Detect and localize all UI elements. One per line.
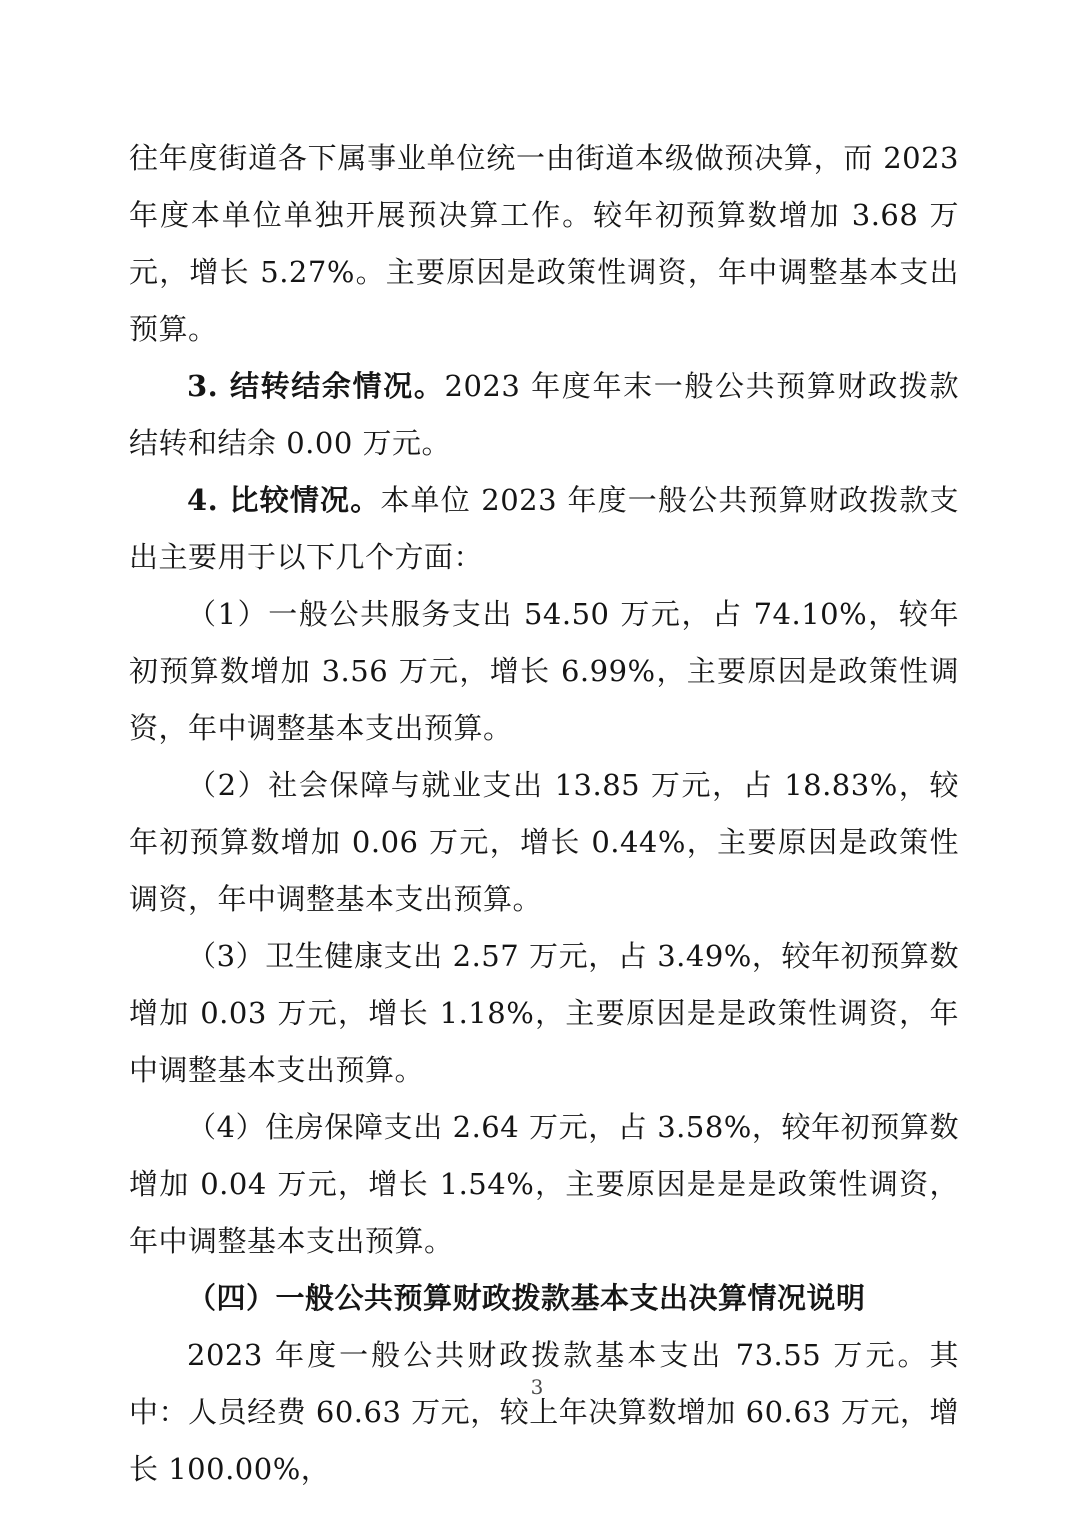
basic-expenditure-paragraph: 2023 年度一般公共财政拨款基本支出 73.55 万元。其中：人员经费 60.… xyxy=(129,1327,959,1498)
sub-item-4-paragraph: （4）住房保障支出 2.64 万元，占 3.58%，较年初预算数增加 0.04 … xyxy=(129,1099,959,1270)
item-3-heading: 3. 结转结余情况。 xyxy=(187,369,445,403)
paragraph-text: （1）一般公共服务支出 54.50 万元，占 74.10%，较年初预算数增加 3… xyxy=(129,597,959,745)
sub-item-2-paragraph: （2）社会保障与就业支出 13.85 万元，占 18.83%，较年初预算数增加 … xyxy=(129,757,959,928)
section-4-heading: （四）一般公共预算财政拨款基本支出决算情况说明 xyxy=(129,1270,959,1327)
paragraph-text: （3）卫生健康支出 2.57 万元，占 3.49%，较年初预算数增加 0.03 … xyxy=(129,939,959,1087)
section-heading-text: （四）一般公共预算财政拨款基本支出决算情况说明 xyxy=(187,1281,866,1315)
item-3-carryover-paragraph: 3. 结转结余情况。2023 年度年末一般公共预算财政拨款结转和结余 0.00 … xyxy=(129,358,959,472)
item-4-comparison-paragraph: 4. 比较情况。本单位 2023 年度一般公共预算财政拨款支出主要用于以下几个方… xyxy=(129,472,959,586)
document-page: 往年度街道各下属事业单位统一由街道本级做预决算，而 2023 年度本单位单独开展… xyxy=(0,0,1074,1520)
document-body: 往年度街道各下属事业单位统一由街道本级做预决算，而 2023 年度本单位单独开展… xyxy=(129,130,959,1498)
paragraph-text: 2023 年度一般公共财政拨款基本支出 73.55 万元。其中：人员经费 60.… xyxy=(129,1338,959,1486)
sub-item-1-paragraph: （1）一般公共服务支出 54.50 万元，占 74.10%，较年初预算数增加 3… xyxy=(129,586,959,757)
page-number: 3 xyxy=(0,1372,1074,1402)
paragraph-text: 往年度街道各下属事业单位统一由街道本级做预决算，而 2023 年度本单位单独开展… xyxy=(129,141,959,346)
paragraph-text: （4）住房保障支出 2.64 万元，占 3.58%，较年初预算数增加 0.04 … xyxy=(129,1110,959,1258)
sub-item-3-paragraph: （3）卫生健康支出 2.57 万元，占 3.49%，较年初预算数增加 0.03 … xyxy=(129,928,959,1099)
item-4-heading: 4. 比较情况。 xyxy=(187,483,380,517)
paragraph-text: （2）社会保障与就业支出 13.85 万元，占 18.83%，较年初预算数增加 … xyxy=(129,768,959,916)
continued-paragraph: 往年度街道各下属事业单位统一由街道本级做预决算，而 2023 年度本单位单独开展… xyxy=(129,130,959,358)
